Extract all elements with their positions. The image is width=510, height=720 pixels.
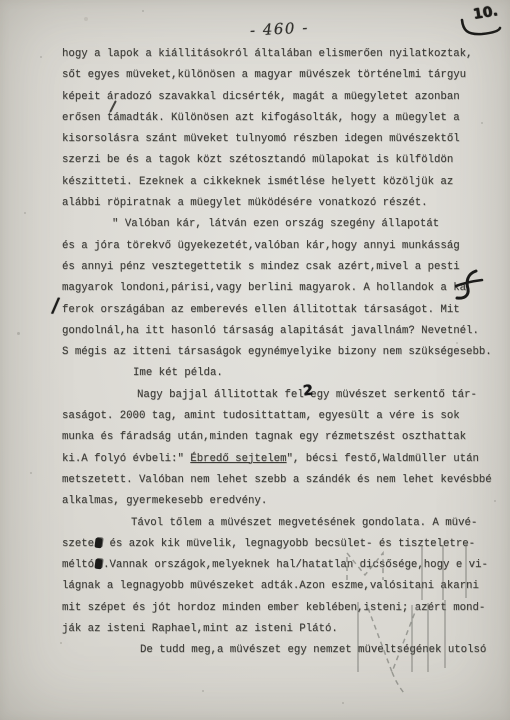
text-segment: ", bécsi festő,Waldmüller után (287, 453, 479, 465)
paper-speck (40, 56, 42, 58)
text-line: alábbi röpiratnak a müegylet müködésére … (62, 193, 502, 214)
text-line: munka és fáradság után,minden tagnak egy… (62, 427, 502, 448)
text-line: mit szépet és jót hordoz minden ember ke… (62, 598, 502, 619)
text-line: magyarok londoni,párisi,vagy berlini mag… (62, 278, 502, 299)
handwritten-numeral-correction: 2 (302, 383, 313, 400)
text-segment: és azok kik müvelik, legnagyobb becsület… (103, 538, 475, 550)
paper-speck (24, 212, 26, 214)
text-line: hogy a lapok a kiállitásokról általában … (62, 44, 502, 65)
underlined-title: Ébredő sejtelem (190, 453, 286, 465)
paper-speck (342, 702, 344, 704)
paper-speck (202, 690, 204, 692)
text-line: erősen támadták. Különösen azt kifogásol… (62, 108, 502, 129)
corner-page-number: 10. (454, 4, 506, 44)
document-text: hogy a lapok a kiállitásokról általában … (62, 44, 502, 662)
text-line: gondolnál,ha itt hasonló társaság alapit… (62, 321, 502, 342)
paper-speck (481, 122, 483, 124)
text-line: Nagy bajjal állitottak fel egy müvészet … (62, 385, 502, 406)
text-line: Távol tőlem a müvészet megvetésének gond… (62, 513, 502, 534)
ink-overstrike-blob (94, 559, 102, 570)
paper-speck (142, 10, 144, 12)
text-line: és a jóra törekvő ügyekezetét,valóban ká… (62, 236, 502, 257)
page-number: - 460 - (250, 18, 310, 39)
text-line: ki.A folyó évbeli:" Ébredő sejtelem", bé… (62, 449, 502, 470)
text-segment: szete (62, 538, 94, 550)
ink-overstrike-blob (94, 537, 102, 548)
text-line: kisorsolásra szánt müveket tulnyomó rész… (62, 129, 502, 150)
text-line: alkalmas, gyermekesebb eredvény. (62, 491, 502, 512)
text-line: ják az isteni Raphael,mint az isteni Plá… (62, 619, 502, 640)
handwritten-f-correction (452, 268, 486, 302)
text-line: metszetett. Valóban nem lehet szebb a sz… (62, 470, 502, 491)
text-segment: méltó (62, 559, 94, 571)
text-line: méltó.Vannak országok,melyeknek hal/hata… (62, 555, 502, 576)
text-line: sőt egyes müveket,különösen a magyar müv… (62, 65, 502, 86)
text-line: De tudd meg,a müvészet egy nemzet müvelt… (62, 640, 502, 661)
paper-speck (84, 17, 88, 21)
handwritten-slash-correction: / (51, 293, 61, 318)
paper-speck (494, 500, 496, 502)
scanned-document-page: - 460 - 10. hogy a lapok a kiállitásokró… (0, 0, 510, 720)
text-line: saságot. 2000 tag, amint tudosittattam, … (62, 406, 502, 427)
text-segment: ki.A folyó évbeli:" (62, 453, 190, 465)
text-line: képeit áradozó szavakkal dicsérték, magá… (62, 87, 502, 108)
paper-speck (30, 472, 32, 474)
paper-speck (60, 642, 62, 644)
text-line: S mégis az itteni társaságok egynémyelyi… (62, 342, 502, 363)
text-segment: .Vannak országok,melyeknek hal/hatatlan … (103, 559, 488, 571)
text-line: ferok országában az emberevés ellen álli… (62, 300, 502, 321)
text-line: " Valóban kár, látván ezen ország szegén… (62, 214, 502, 235)
text-line: készitteti. Ezeknek a cikkeknek ismétlés… (62, 172, 502, 193)
paper-speck (456, 342, 458, 344)
text-line: lágnak a legnagyobb müvészeket adták.Azo… (62, 576, 502, 597)
text-line: szerzi be és a tagok közt szétosztandó m… (62, 150, 502, 171)
paper-speck (17, 332, 20, 335)
text-line: szete és azok kik müvelik, legnagyobb be… (62, 534, 502, 555)
text-line: Ime két példa. (62, 363, 502, 384)
text-line: és annyi pénz vesztegettetik s mindez cs… (62, 257, 502, 278)
